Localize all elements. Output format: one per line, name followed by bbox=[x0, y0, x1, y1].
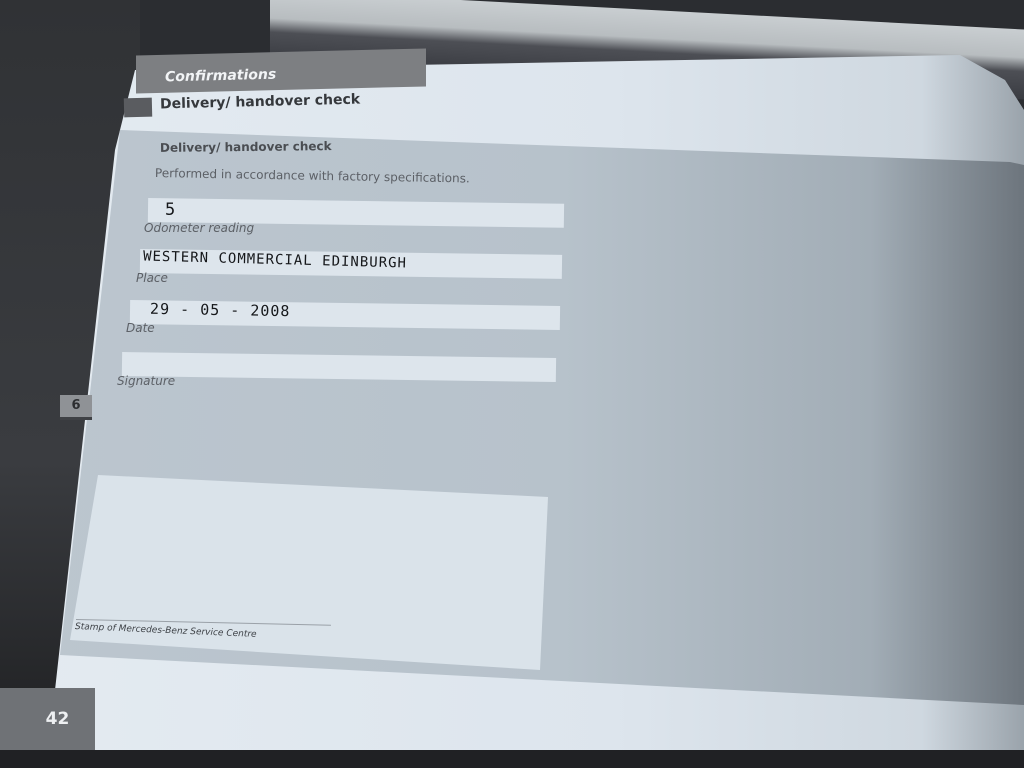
odometer-value: 5 bbox=[165, 200, 176, 220]
section-title: Confirmations bbox=[165, 67, 277, 86]
date-label: Date bbox=[126, 321, 155, 335]
odometer-label: Odometer reading bbox=[144, 221, 254, 235]
page-number: 42 bbox=[0, 688, 95, 750]
panel-title: Delivery/ handover check bbox=[160, 139, 332, 155]
chapter-tab: 6 bbox=[60, 395, 92, 420]
bottom-shadow bbox=[0, 750, 1024, 768]
place-label: Place bbox=[136, 271, 168, 285]
signature-label: Signature bbox=[117, 374, 175, 388]
subsection-marker bbox=[124, 98, 152, 118]
date-value: 29 - 05 - 2008 bbox=[150, 300, 291, 320]
